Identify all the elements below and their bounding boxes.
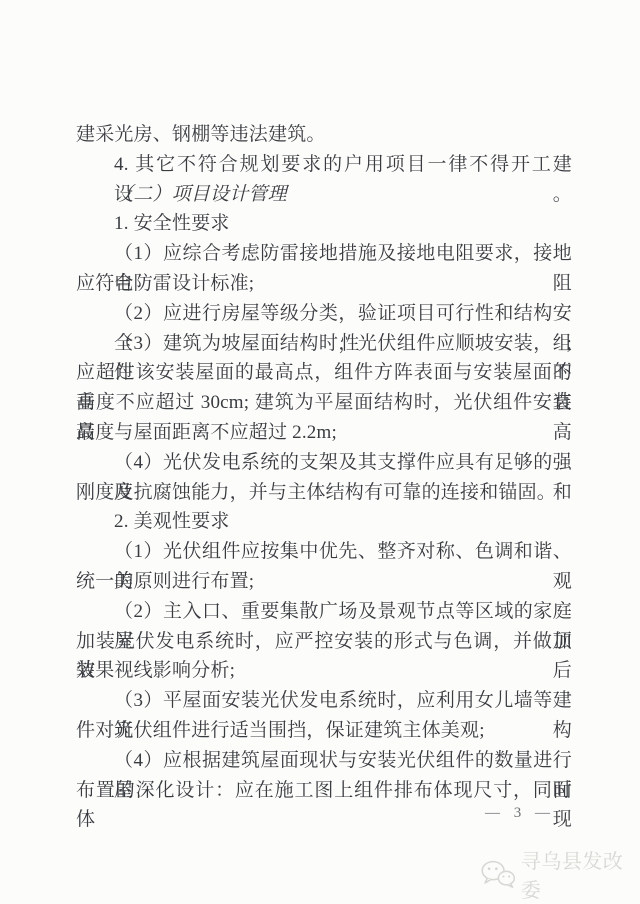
text-line: 4. 其它不符合规划要求的户用项目一律不得开工建设。: [76, 150, 572, 180]
page-number: — 3 —: [430, 801, 610, 825]
document-page: 建采光房、钢棚等违法建筑。4. 其它不符合规划要求的户用项目一律不得开工建设。（…: [0, 0, 640, 904]
text-line: （1）光伏组件应按集中优先、整齐对称、色调和谐、美观: [76, 537, 572, 567]
text-line: 2. 美观性要求: [76, 507, 572, 537]
text-line: （1）应综合考虑防雷接地措施及接地电阻要求，接地电阻: [76, 239, 572, 269]
text-line: （4）应根据建筑屋面现状与安装光伏组件的数量进行屋面: [76, 746, 572, 776]
text-line: 应超过该安装屋面的最高点，组件方阵表面与安装屋面的垂直: [76, 358, 572, 388]
text-line: （2）主入口、重要集散广场及景观节点等区域的家庭屋顶: [76, 597, 572, 627]
text-line: （3）平屋面安装光伏发电系统时，应利用女儿墙等建筑构: [76, 686, 572, 716]
document-body: 建采光房、钢棚等违法建筑。4. 其它不符合规划要求的户用项目一律不得开工建设。（…: [76, 120, 572, 805]
text-line: 高度不应超过 30cm; 建筑为平屋面结构时，光伏组件安装最高: [76, 388, 572, 418]
watermark: 寻乌县发改委: [480, 856, 640, 892]
text-line: 建采光房、钢棚等违法建筑。: [76, 120, 572, 150]
text-line: 1. 安全性要求: [76, 209, 572, 239]
text-line: 刚度及抗腐蚀能力，并与主体结构有可靠的连接和锚固。: [76, 478, 572, 508]
text-line: 加装光伏发电系统时，应严控安装的形式与色调，并做加装后: [76, 627, 572, 657]
watermark-label: 寻乌县发改委: [521, 845, 640, 903]
text-line: （2）应进行房屋等级分类，验证项目可行性和结构安全性;: [76, 299, 572, 329]
text-line: （3）建筑为坡屋面结构时，光伏组件应顺坡安装，组件不: [76, 329, 572, 359]
wechat-icon: [480, 859, 516, 890]
text-line: （4）光伏发电系统的支架及其支撑件应具有足够的强度和: [76, 448, 572, 478]
